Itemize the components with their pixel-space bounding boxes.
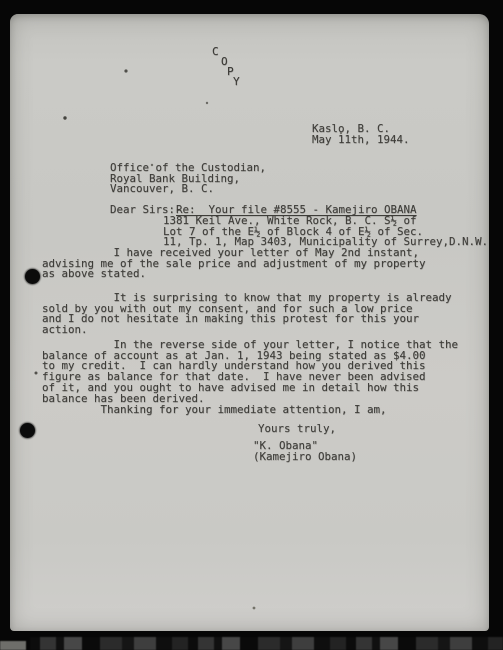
hole-punch-mark [20,423,35,438]
signature-block: "K. Obana" (Kamejiro Obana) [253,441,357,462]
dateline: Kaslo, B. C. May 11th, 1944. [312,124,410,145]
paragraph-1: I have received your letter of May 2nd i… [42,248,482,280]
copy-stamp-letter: C [212,46,219,57]
reference-details: 1381 Keil Ave., White Rock, B. C. S½ of … [163,216,488,248]
scan-speck-marks [10,14,12,16]
microfilm-frame: C O P Y Kaslo, B. C. May 11th, 1944. Off… [0,0,503,650]
paragraph-2: It is surprising to know that my propert… [42,293,482,336]
copy-stamp-letter: Y [233,76,240,87]
paragraph-3: In the reverse side of your letter, I no… [42,340,482,404]
hole-punch-mark [25,269,40,284]
recipient-address: Office of the Custodian, Royal Bank Buil… [110,163,266,195]
copy-stamp: C O P Y [212,46,252,92]
film-edge-chip [0,641,26,650]
letter-page: C O P Y Kaslo, B. C. May 11th, 1944. Off… [10,14,489,631]
valediction: Yours truly, [258,424,336,435]
closing-line: Thanking for your immediate attention, I… [42,405,482,416]
film-edge-marks [30,637,503,650]
